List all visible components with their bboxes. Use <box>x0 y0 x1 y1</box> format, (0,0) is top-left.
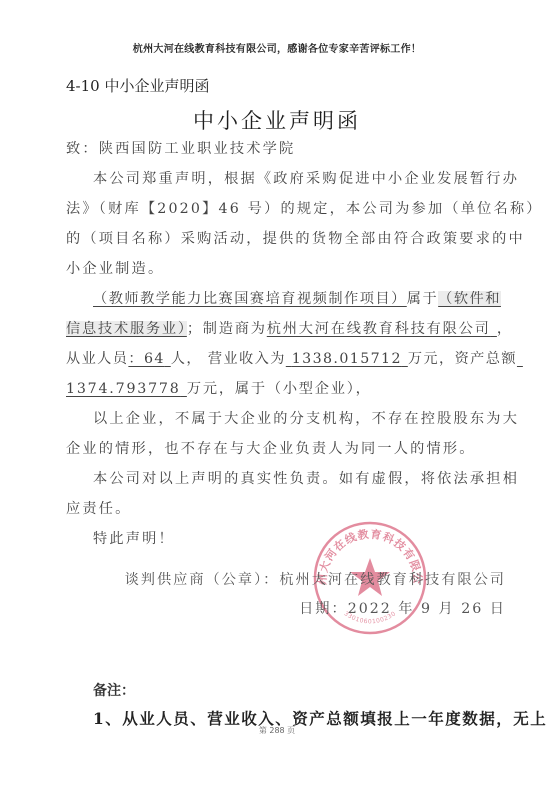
addressee: 致：陕西国防工业职业技术学院 <box>66 138 295 158</box>
date-label: 日期： <box>299 601 348 617</box>
closing-statement: 特此声明！ <box>93 528 175 548</box>
document-title: 中小企业声明函 <box>0 105 554 135</box>
project-name: （教师教学能力比赛国赛培育视频制作项目） <box>93 291 407 307</box>
assets-value: 1374.793778 <box>66 381 181 397</box>
paragraph2-line1: （教师教学能力比赛国赛培育视频制作项目）属于（软件和 <box>93 288 501 308</box>
revenue-unit: 万元，资产总额 <box>408 351 517 367</box>
page-number: 第 288 页 <box>0 725 554 736</box>
paragraph4-line1: 本公司对以上声明的真实性负责。如有虚假，将依法承担相 <box>93 468 519 488</box>
industry-part1: （软件和 <box>438 291 501 307</box>
paragraph2-line4: 1374.793778 万元，属于（小型企业）， <box>66 378 372 398</box>
date-value: 2022 年 9 月 26 日 <box>348 601 506 617</box>
supplier-signature-line: 谈判供应商（公章）：杭州大河在线教育科技有限公司 <box>125 569 506 589</box>
revenue-label: 营业收入为 <box>208 351 286 367</box>
paragraph1-line2: 法》（财库【2020】46 号）的规定，本公司为参加（单位名称） <box>66 198 543 218</box>
paragraph3-line1: 以上企业，不属于大企业的分支机构，不存在控股股东为大 <box>93 408 519 428</box>
paragraph2-line2: 信息技术服务业）；制造商为杭州大河在线教育科技有限公司 ， <box>66 318 513 338</box>
employees-unit: 人， <box>171 351 202 367</box>
paragraph3-line2: 企业的情形，也不存在与大企业负责人为同一人的情形。 <box>66 438 476 458</box>
manufacturer-prefix: ；制造商为 <box>187 321 267 337</box>
paragraph1-line1: 本公司郑重声明，根据《政府采购促进中小企业发展暂行办 <box>93 168 519 188</box>
date-line: 日期：2022 年 9 月 26 日 <box>299 598 506 618</box>
employees-value: ：64 <box>128 351 164 367</box>
notes-heading: 备注： <box>93 680 135 700</box>
paragraph1-line4: 小企业制造。 <box>66 258 164 278</box>
header-banner: 杭州大河在线教育科技有限公司，感谢各位专家辛苦评标工作！ <box>0 40 554 55</box>
industry-part2: 信息技术服务业） <box>66 321 187 337</box>
employees-label: 从业人员 <box>66 351 128 367</box>
revenue-value: 1338.015712 <box>292 351 402 367</box>
supplier-label: 谈判供应商（公章）： <box>125 572 280 588</box>
section-label: 4-10 中小企业声明函 <box>66 75 209 96</box>
supplier-name: 杭州大河在线教育科技有限公司 <box>279 572 506 588</box>
comma: ， <box>497 321 513 337</box>
belongs-to-text: 属于 <box>407 291 438 307</box>
assets-unit: 万元，属于（小型企业）， <box>187 381 372 397</box>
paragraph2-line3: 从业人员：64 人， 营业收入为 1338.015712 万元，资产总额 <box>66 348 523 368</box>
paragraph1-line3: 的（项目名称）采购活动，提供的货物全部由符合政策要求的中 <box>66 228 525 248</box>
paragraph4-line2: 应责任。 <box>66 498 132 518</box>
manufacturer-name: 杭州大河在线教育科技有限公司 <box>267 321 491 337</box>
